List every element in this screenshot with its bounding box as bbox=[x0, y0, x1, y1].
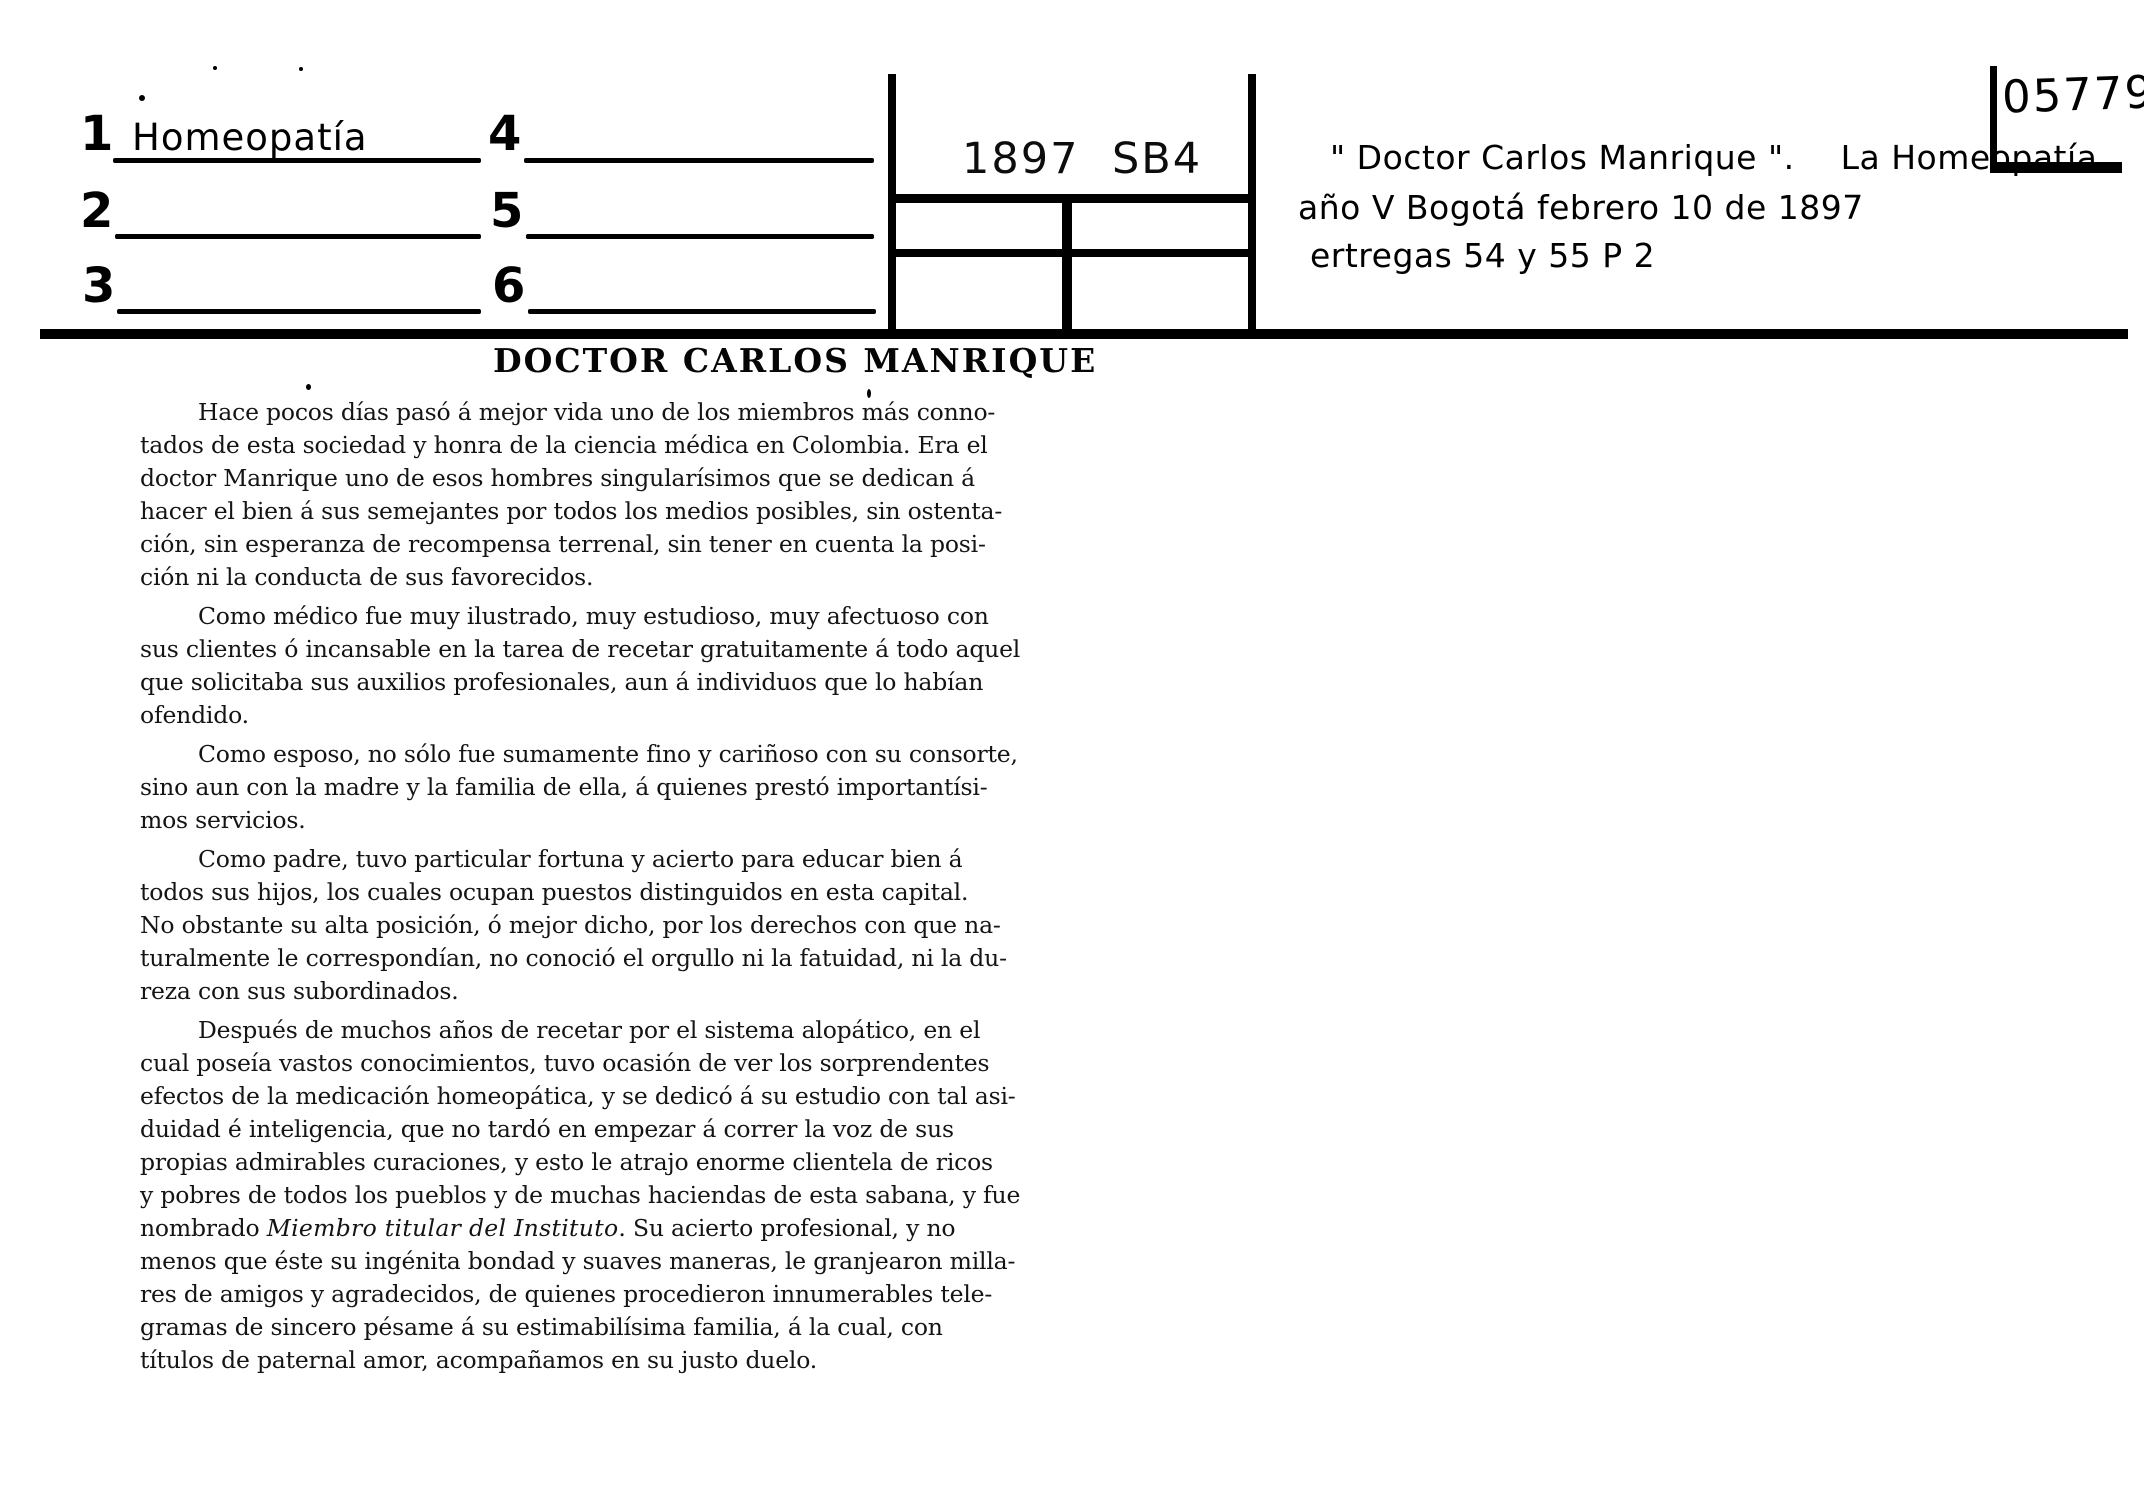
article-heading: DOCTOR CARLOS MANRIQUE bbox=[493, 341, 1097, 380]
scan-speck bbox=[299, 67, 303, 71]
scan-speck bbox=[306, 384, 311, 390]
field-4-number: 4 bbox=[488, 110, 521, 158]
class-box-center-divider bbox=[1062, 196, 1072, 336]
article-paragraph: Como médico fue muy ilustrado, muy estud… bbox=[140, 600, 970, 732]
field-4-blank-line bbox=[524, 158, 874, 163]
article-paragraph: Hace pocos días pasó á mejor vida uno de… bbox=[140, 396, 970, 594]
citation-title: " Doctor Carlos Manrique ". bbox=[1330, 138, 1795, 177]
field-2-blank-line bbox=[115, 234, 481, 239]
class-box-year: 1897 bbox=[962, 134, 1079, 184]
field-3-blank-line bbox=[117, 309, 481, 314]
scanned-index-card: 1 2 3 4 5 6 Homeopatía 1897 SB4 05779 " … bbox=[0, 0, 2144, 1492]
class-box-code: SB4 bbox=[1112, 134, 1202, 184]
article-paragraph: Como padre, tuvo particular fortuna y ac… bbox=[140, 843, 970, 1008]
field-3-number: 3 bbox=[82, 262, 115, 310]
accession-number: 05779 bbox=[2001, 65, 2144, 123]
separator-rule bbox=[40, 329, 2128, 339]
citation-line-1: " Doctor Carlos Manrique ".La Homeopatía bbox=[1330, 138, 2097, 177]
field-6-blank-line bbox=[528, 309, 876, 314]
citation-line-3: ertregas 54 y 55 P 2 bbox=[1310, 236, 1655, 275]
field-1-value: Homeopatía bbox=[132, 116, 368, 159]
class-box-hline-1 bbox=[890, 194, 1256, 203]
field-1-number: 1 bbox=[80, 110, 113, 158]
citation-line-2: año V Bogotá febrero 10 de 1897 bbox=[1298, 188, 1864, 227]
class-box-hline-2 bbox=[890, 249, 1256, 257]
article-paragraph: Después de muchos años de recetar por el… bbox=[140, 1014, 970, 1377]
field-1-blank-line bbox=[113, 158, 481, 163]
citation-publication: La Homeopatía bbox=[1841, 138, 2098, 177]
field-5-blank-line bbox=[526, 234, 874, 239]
scan-speck bbox=[213, 66, 217, 70]
scan-speck bbox=[139, 95, 145, 101]
class-box-left-border bbox=[888, 74, 896, 336]
article-paragraph: Como esposo, no sólo fue sumamente fino … bbox=[140, 738, 970, 837]
field-2-number: 2 bbox=[80, 187, 113, 235]
field-6-number: 6 bbox=[492, 262, 525, 310]
field-5-number: 5 bbox=[490, 187, 523, 235]
scan-speck bbox=[867, 389, 871, 398]
article-body: Hace pocos días pasó á mejor vida uno de… bbox=[140, 396, 970, 1383]
class-box-right-border bbox=[1248, 74, 1256, 336]
